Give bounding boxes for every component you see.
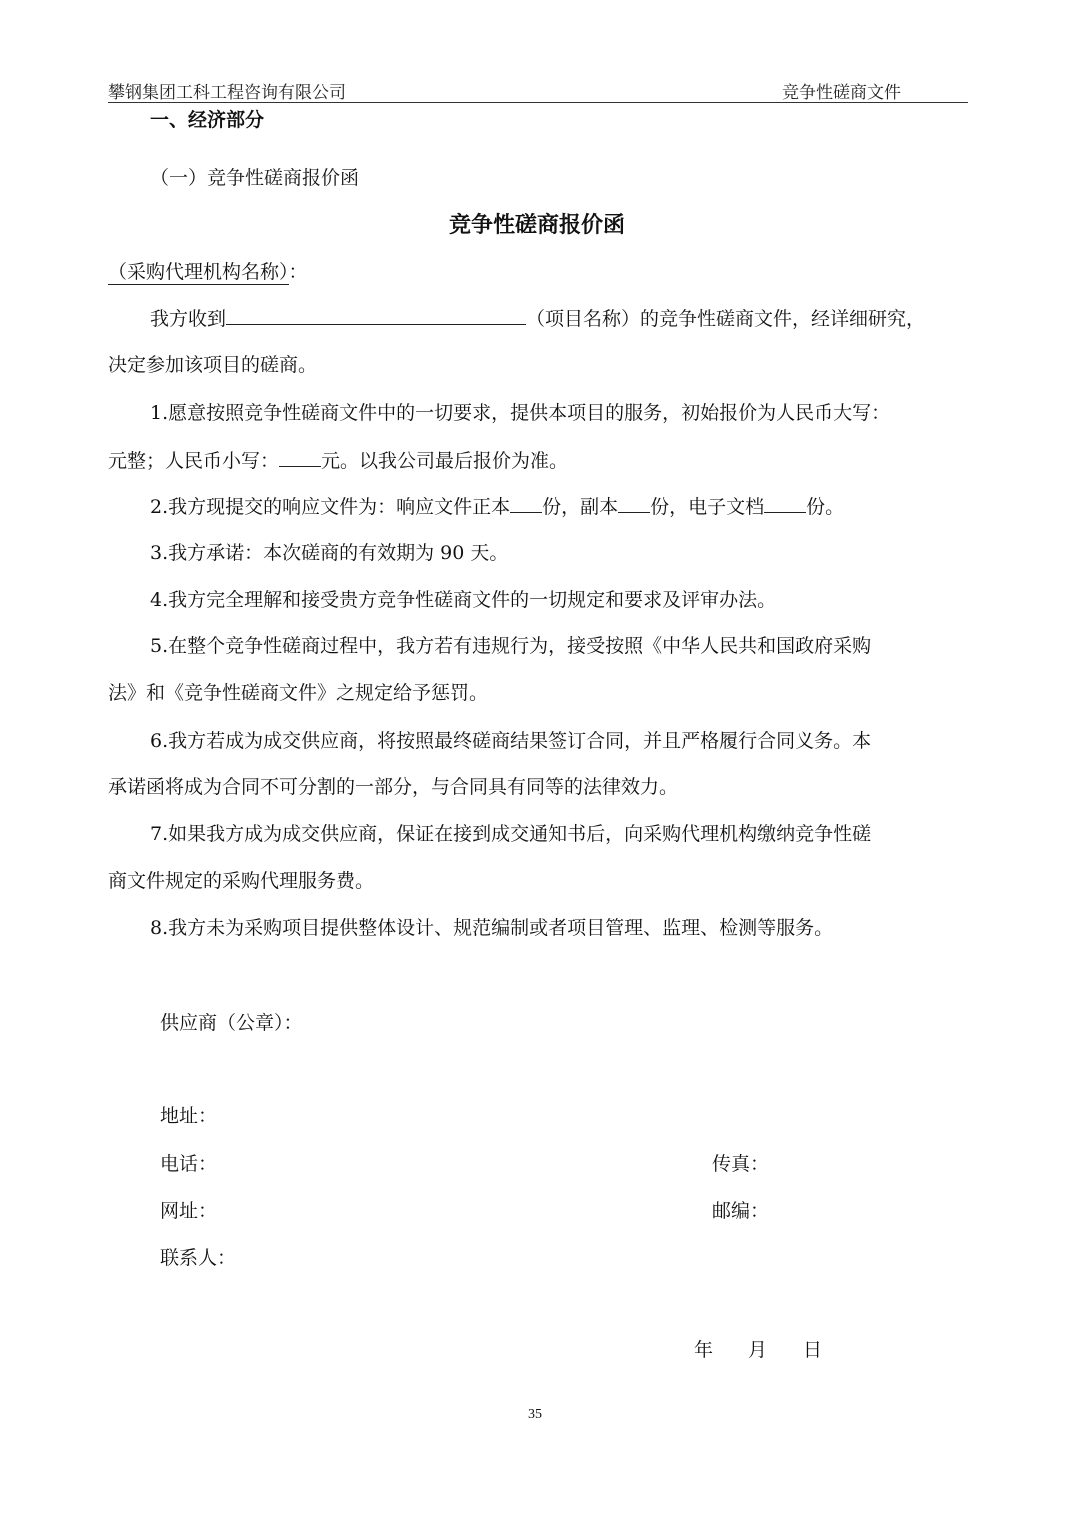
- item-2-prefix: 2.我方现提交的响应文件为：响应文件正本: [150, 496, 510, 518]
- electronic-copies-blank[interactable]: [764, 494, 806, 513]
- date-day-label: 日: [803, 1338, 822, 1362]
- intro-line-2: 决定参加该项目的磋商。: [108, 353, 317, 377]
- item-6-line-1: 6.我方若成为成交供应商，将按照最终磋商结果签订合同，并且严格履行合同义务。本: [150, 729, 871, 753]
- item-1-prefix: 元整；人民币小写：: [108, 450, 279, 472]
- date-year-label: 年: [694, 1338, 713, 1362]
- header-company: 攀钢集团工科工程咨询有限公司: [108, 78, 346, 103]
- intro-suffix: （项目名称）的竞争性磋商文件，经详细研究，: [526, 308, 925, 330]
- addressee-line: （采购代理机构名称）：: [108, 260, 308, 284]
- supplier-seal-label: 供应商（公章）：: [160, 1011, 303, 1035]
- website-label: 网址：: [160, 1199, 217, 1223]
- section-heading: 一、经济部分: [150, 108, 264, 132]
- item-6-line-2: 承诺函将成为合同不可分割的一部分，与合同具有同等的法律效力。: [108, 775, 678, 799]
- item-2-part-3: 份，电子文档: [650, 496, 764, 518]
- date-month-label: 月: [748, 1338, 767, 1362]
- page-number: 35: [528, 1407, 542, 1423]
- intro-prefix: 我方收到: [150, 308, 226, 330]
- letter-title: 竞争性磋商报价函: [0, 208, 1074, 239]
- duplicate-copies-blank[interactable]: [618, 494, 650, 513]
- item-2: 2.我方现提交的响应文件为：响应文件正本份，副本份，电子文档份。: [150, 494, 844, 519]
- original-copies-blank[interactable]: [510, 494, 542, 513]
- item-7-line-2: 商文件规定的采购代理服务费。: [108, 869, 374, 893]
- addressee-name: （采购代理机构名称）: [108, 261, 289, 285]
- item-8: 8.我方未为采购项目提供整体设计、规范编制或者项目管理、监理、检测等服务。: [150, 916, 833, 940]
- item-1-line-2: 元整；人民币小写：元。以我公司最后报价为准。: [108, 448, 568, 473]
- addressee-colon: ：: [289, 261, 308, 283]
- postcode-label: 邮编：: [712, 1199, 769, 1223]
- item-4: 4.我方完全理解和接受贵方竞争性磋商文件的一切规定和要求及评审办法。: [150, 588, 776, 612]
- item-7-line-1: 7.如果我方成为成交供应商，保证在接到成交通知书后，向采购代理机构缴纳竞争性磋: [150, 822, 871, 846]
- item-2-suffix: 份。: [806, 496, 844, 518]
- item-5-line-2: 法》和《竞争性磋商文件》之规定给予惩罚。: [108, 681, 488, 705]
- header-doc-name: 竞争性磋商文件: [782, 78, 901, 103]
- item-1-line-1: 1.愿意按照竞争性磋商文件中的一切要求，提供本项目的服务，初始报价为人民币大写：: [150, 401, 890, 425]
- header-divider: [108, 102, 968, 103]
- item-1-suffix: 元。以我公司最后报价为准。: [321, 450, 568, 472]
- project-name-blank[interactable]: [226, 306, 526, 325]
- price-lowercase-blank[interactable]: [279, 448, 321, 467]
- section-subheading: （一）竞争性磋商报价函: [150, 166, 359, 190]
- contact-label: 联系人：: [160, 1246, 236, 1270]
- item-3: 3.我方承诺：本次磋商的有效期为 90 天。: [150, 541, 508, 565]
- item-2-part-2: 份，副本: [542, 496, 618, 518]
- phone-label: 电话：: [160, 1152, 217, 1176]
- address-label: 地址：: [160, 1104, 217, 1128]
- item-5-line-1: 5.在整个竞争性磋商过程中，我方若有违规行为，接受按照《中华人民共和国政府采购: [150, 634, 871, 658]
- intro-line-1: 我方收到（项目名称）的竞争性磋商文件，经详细研究，: [150, 306, 925, 331]
- fax-label: 传真：: [712, 1152, 769, 1176]
